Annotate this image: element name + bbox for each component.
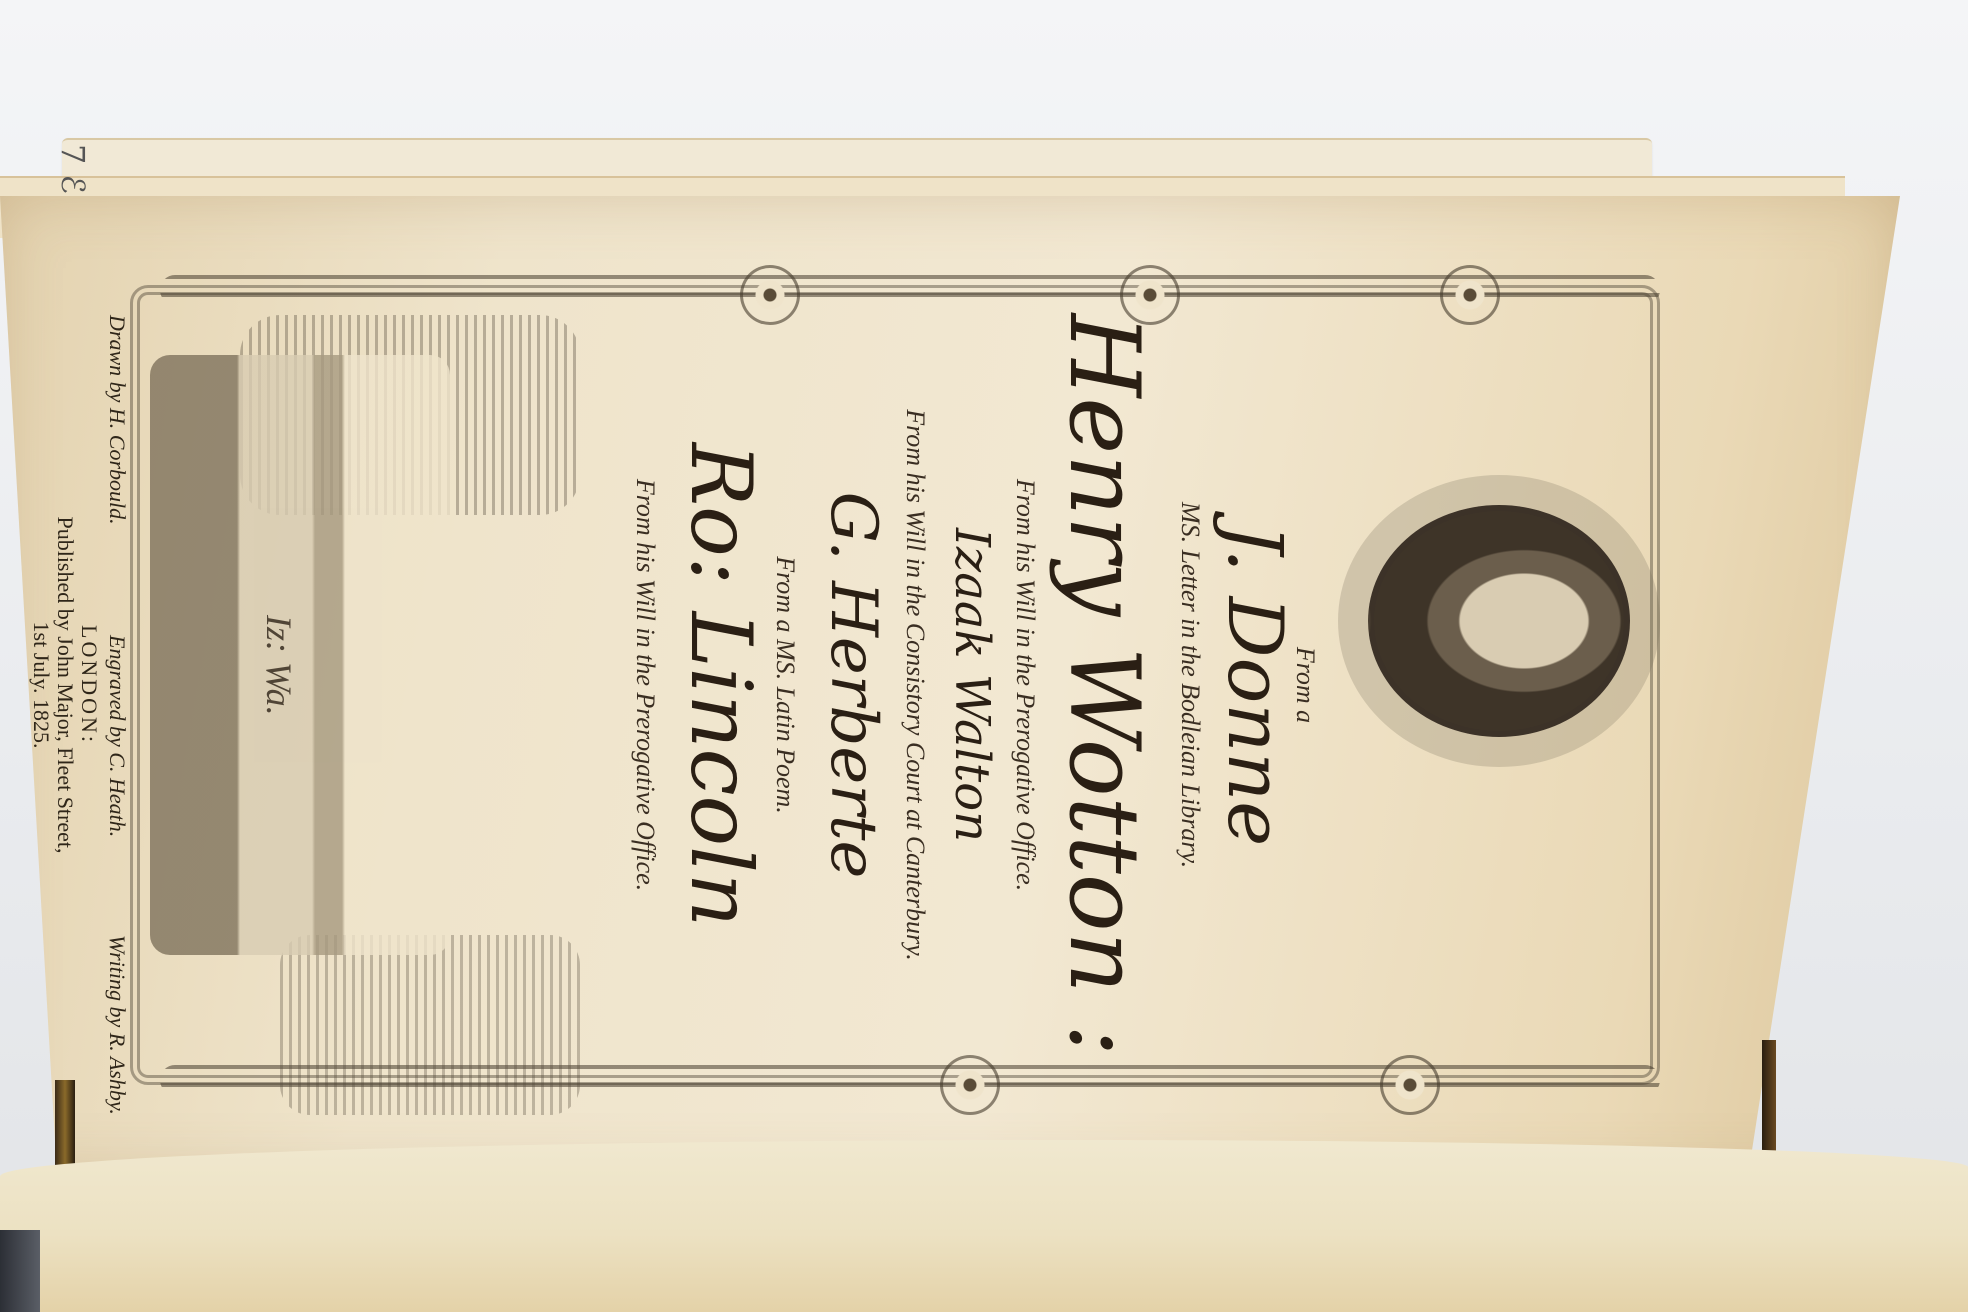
passion-flower-icon [1380,1055,1440,1115]
signature-lincoln: Ro: Lincoln [672,215,770,1155]
passion-flower-icon [1440,265,1500,325]
pencil-annotation: 7 ℰ [54,144,92,194]
caption-wotton: From his Will in the Prerogative Office. [1010,215,1040,1155]
landscape-monogram: Iz: Wa. [258,615,300,716]
credit-writing: Writing by R. Ashby. [104,935,130,1115]
caption-lincoln: From his Will in the Prerogative Office. [630,215,660,1155]
landscape-vignette: Iz: Wa. [150,355,450,955]
credit-drawn: Drawn by H. Corbould. [104,315,130,525]
front-page-blurred [0,1140,1968,1312]
scroll-trophy-vignette [280,935,580,1115]
caption-walton: From his Will in the Consistory Court at… [900,215,930,1155]
signature-donne: J. Donne [1211,215,1300,1155]
thumb-shadow [0,1230,40,1312]
signature-wotton: Henry Wotton : [1048,215,1160,1155]
credit-engraved: Engraved by C. Heath. [104,635,130,837]
credit-date: 1st July. 1825. [28,215,54,1155]
portrait-medallion [1368,505,1630,737]
caption-donne: MS. Letter in the Bodleian Library. [1175,215,1205,1155]
signature-walton: Izaak Walton [944,215,1000,1155]
signature-herbert: G. Herberte [816,215,890,1155]
caption-herbert: From a MS. Latin Poem. [770,215,800,1155]
credit-publisher: Published by John Major, Fleet Street, [52,215,78,1155]
credit-city: LONDON: [76,215,102,1155]
engraving-rotated: Iz: Wa. From a J. Donne MS. Letter in th… [50,215,1700,1155]
